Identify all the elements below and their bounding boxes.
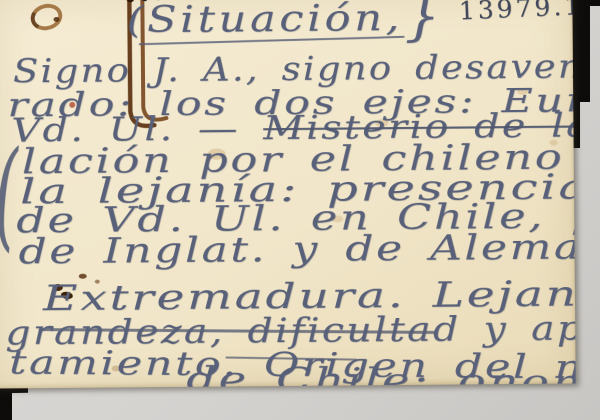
archive-number: 13979.1 bbox=[458, 0, 575, 23]
stain-top-left-ring bbox=[28, 0, 66, 34]
note-card: 13979.1 (Situación, } ( Signo J. A., sig… bbox=[0, 0, 576, 389]
handwriting-line-7: de Inglat. y de Alemania. bbox=[18, 230, 575, 271]
handwriting-line-11: de Chile: onomat. bbox=[186, 362, 575, 389]
stain-top-left-dot bbox=[53, 17, 59, 22]
page-title: (Situación, bbox=[126, 1, 403, 39]
closing-brace-mark: } bbox=[404, 0, 440, 44]
scanned-document: 13979.1 (Situación, } ( Signo J. A., sig… bbox=[0, 0, 600, 420]
